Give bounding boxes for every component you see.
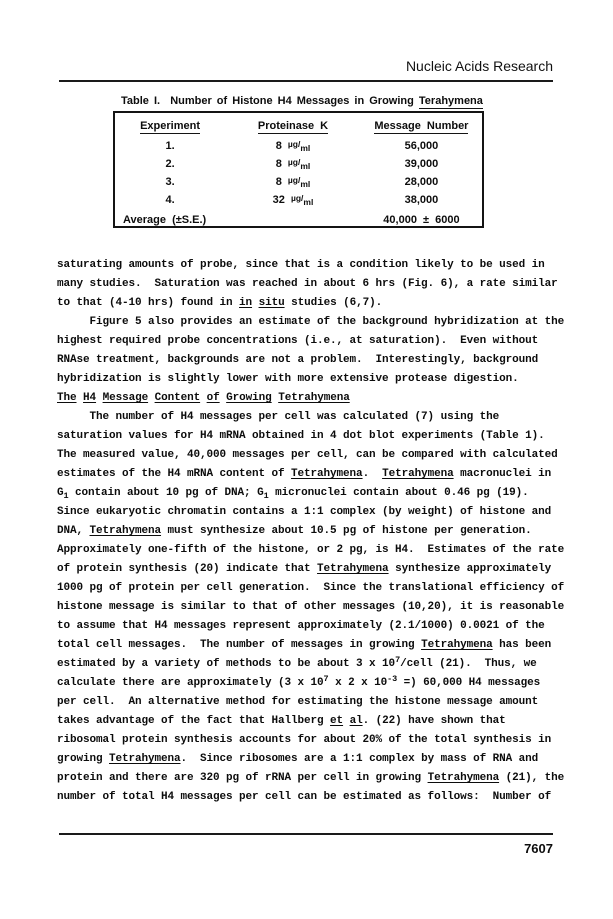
body-line: histone message is similar to that of ot… [57, 598, 564, 617]
text-run: saturating amounts of probe, since that … [57, 259, 545, 271]
header-cell: Experiment [115, 120, 225, 137]
table-rows: 1.8 µg/ml56,0002.8 µg/ml39,0003.8 µg/ml2… [115, 137, 482, 209]
body-line: per cell. An alternative method for esti… [57, 693, 564, 712]
body-line: to assume that H4 messages represent app… [57, 617, 564, 636]
underlined-text: et [330, 715, 343, 727]
body-line: number of total H4 messages per cell can… [57, 788, 564, 807]
average-value: 40,000 ± 6000 [361, 211, 482, 230]
text-run: estimated by a variety of methods to be … [57, 658, 395, 670]
cell-experiment: 4. [115, 191, 225, 209]
underlined-text: al [350, 715, 363, 727]
unit-denominator: ml [300, 179, 310, 189]
underlined-text: The [57, 392, 77, 404]
body-line: estimated by a variety of methods to be … [57, 655, 564, 674]
dose-value: 32 [273, 194, 291, 206]
cell-message-number: 39,000 [361, 155, 482, 173]
body-line: hybridization is slightly lower with mor… [57, 370, 564, 389]
article-body: saturating amounts of probe, since that … [57, 256, 564, 807]
text-run: G [57, 487, 64, 499]
text-run: RNAse treatment, backgrounds are not a p… [57, 354, 538, 366]
header-cell: Proteinase K [225, 120, 361, 137]
table-header-row: Experiment Proteinase K Message Number [115, 113, 482, 137]
text-run: takes advantage of the fact that Hallber… [57, 715, 330, 727]
body-line: growing Tetrahymena. Since ribosomes are… [57, 750, 564, 769]
body-line: The number of H4 messages per cell was c… [57, 408, 564, 427]
unit-numerator: µg/ [291, 193, 303, 203]
unit-denominator: ml [300, 143, 310, 153]
header-rule [59, 80, 553, 82]
column-header-proteinase-k: Proteinase K [258, 120, 328, 134]
superscript: 7 [324, 674, 329, 684]
text-run: protein and there are 320 pg of rRNA per… [57, 772, 428, 784]
body-line: Since eukaryotic chromatin contains a 1:… [57, 503, 564, 522]
column-header-experiment: Experiment [140, 120, 200, 134]
column-header-message-number: Message Number [374, 120, 468, 134]
dose-value: 8 [276, 158, 288, 170]
body-line: G1 contain about 10 pg of DNA; G1 micron… [57, 484, 564, 503]
table-row: 1.8 µg/ml56,000 [115, 137, 482, 155]
body-line: to that (4-10 hrs) found in in situ stud… [57, 294, 564, 313]
body-line: saturation values for H4 mRNA obtained i… [57, 427, 564, 446]
text-run: highest required probe concentrations (i… [57, 335, 538, 347]
dose-value: 8 [276, 140, 288, 152]
cell-proteinase-k: 32 µg/ml [225, 191, 361, 209]
text-run: . Since ribosomes are a 1:1 complex by m… [181, 753, 539, 765]
underlined-text: Tetrahymena [109, 753, 181, 765]
body-line: saturating amounts of probe, since that … [57, 256, 564, 275]
page-number: 7607 [524, 842, 553, 855]
histone-message-table: Experiment Proteinase K Message Number 1… [113, 111, 484, 228]
text-run: hybridization is slightly lower with mor… [57, 373, 519, 385]
body-line: 1000 pg of protein per cell generation. … [57, 579, 564, 598]
text-run: of protein synthesis (20) indicate that [57, 563, 317, 575]
cell-experiment: 2. [115, 155, 225, 173]
underlined-text: Tetrahymena [421, 639, 493, 651]
text-run: x 2 x 10 [329, 677, 388, 689]
table-footer-row: Average (±S.E.) 40,000 ± 6000 [115, 211, 482, 230]
table-title: Table I. Number of Histone H4 Messages i… [121, 95, 483, 108]
text-run: DNA, [57, 525, 90, 537]
text-run: growing [57, 753, 109, 765]
underlined-text: Tetrahymena [278, 392, 350, 404]
underlined-text: Tetrahymena [317, 563, 389, 575]
body-line: estimates of the H4 mRNA content of Tetr… [57, 465, 564, 484]
body-line: ribosomal protein synthesis accounts for… [57, 731, 564, 750]
text-run: to assume that H4 messages represent app… [57, 620, 545, 632]
paper-page: Nucleic Acids Research Table I. Number o… [0, 0, 613, 919]
cell-message-number: 28,000 [361, 173, 482, 191]
underlined-text: Tetrahymena [382, 468, 454, 480]
superscript: -3 [387, 674, 397, 684]
text-run: . (22) have shown that [363, 715, 506, 727]
text-run: ribosomal protein synthesis accounts for… [57, 734, 551, 746]
subscript: 1 [264, 491, 269, 501]
text-run: must synthesize about 10.5 pg of histone… [161, 525, 532, 537]
cell-proteinase-k: 8 µg/ml [225, 137, 361, 155]
text-run: per cell. An alternative method for esti… [57, 696, 538, 708]
body-line: The measured value, 40,000 messages per … [57, 446, 564, 465]
body-line: total cell messages. The number of messa… [57, 636, 564, 655]
underlined-text: situ [259, 297, 285, 309]
text-run: /cell (21). Thus, we [400, 658, 537, 670]
text-run: Approximately one-fifth of the histone, … [57, 544, 564, 556]
text-run: Since eukaryotic chromatin contains a 1:… [57, 506, 551, 518]
cell-experiment: 3. [115, 173, 225, 191]
text-run: saturation values for H4 mRNA obtained i… [57, 430, 545, 442]
underlined-text: H4 [83, 392, 96, 404]
text-run: histone message is similar to that of ot… [57, 601, 564, 613]
underlined-text: of [207, 392, 220, 404]
text-run: 1000 pg of protein per cell generation. … [57, 582, 564, 594]
underlined-text: in [239, 297, 252, 309]
unit-numerator: µg/ [288, 139, 300, 149]
dose-value: 8 [276, 176, 288, 188]
underlined-text: Message [103, 392, 149, 404]
underlined-text: Tetrahymena [428, 772, 500, 784]
underlined-text: Content [155, 392, 201, 404]
text-run: number of total H4 messages per cell can… [57, 791, 551, 803]
text-run: total cell messages. The number of messa… [57, 639, 421, 651]
underlined-text: Growing [226, 392, 272, 404]
body-line: many studies. Saturation was reached in … [57, 275, 564, 294]
footer-rule [59, 833, 553, 835]
superscript: 7 [395, 655, 400, 665]
body-line: The H4 Message Content of Growing Tetrah… [57, 389, 564, 408]
text-run: =) 60,000 H4 messages [397, 677, 540, 689]
text-run: has been [493, 639, 552, 651]
journal-title: Nucleic Acids Research [406, 59, 553, 73]
text-run: (21), the [499, 772, 564, 784]
body-line: Approximately one-fifth of the histone, … [57, 541, 564, 560]
table-row: 4.32 µg/ml38,000 [115, 191, 482, 209]
text-run: estimates of the H4 mRNA content of [57, 468, 291, 480]
text-run: studies (6,7). [285, 297, 383, 309]
table-row: 2.8 µg/ml39,000 [115, 155, 482, 173]
cell-experiment: 1. [115, 137, 225, 155]
text-run: calculate there are approximately (3 x 1… [57, 677, 324, 689]
unit-numerator: µg/ [288, 175, 300, 185]
text-run: The number of H4 messages per cell was c… [57, 411, 499, 423]
cell-message-number: 56,000 [361, 137, 482, 155]
cell-message-number: 38,000 [361, 191, 482, 209]
cell-proteinase-k: 8 µg/ml [225, 173, 361, 191]
text-run: . [363, 468, 383, 480]
unit-denominator: ml [303, 197, 313, 207]
header-cell: Message Number [361, 120, 482, 137]
body-line: calculate there are approximately (3 x 1… [57, 674, 564, 693]
body-line: Figure 5 also provides an estimate of th… [57, 313, 564, 332]
text-run: contain about 10 pg of DNA; G [69, 487, 264, 499]
text-run: The measured value, 40,000 messages per … [57, 449, 558, 461]
table-title-species: Terahymena [419, 95, 483, 109]
body-line: of protein synthesis (20) indicate that … [57, 560, 564, 579]
average-label: Average (±S.E.) [115, 211, 361, 230]
underlined-text: Tetrahymena [291, 468, 363, 480]
body-line: protein and there are 320 pg of rRNA per… [57, 769, 564, 788]
table-title-text: Table I. Number of Histone H4 Messages i… [121, 95, 419, 107]
text-run: micronuclei contain about 0.46 pg (19). [269, 487, 529, 499]
body-line: DNA, Tetrahymena must synthesize about 1… [57, 522, 564, 541]
body-line: RNAse treatment, backgrounds are not a p… [57, 351, 564, 370]
body-line: takes advantage of the fact that Hallber… [57, 712, 564, 731]
unit-numerator: µg/ [288, 157, 300, 167]
underlined-text: Tetrahymena [90, 525, 162, 537]
text-run: Figure 5 also provides an estimate of th… [57, 316, 564, 328]
text-run: macronuclei in [454, 468, 552, 480]
text-run: many studies. Saturation was reached in … [57, 278, 558, 290]
subscript: 1 [64, 491, 69, 501]
cell-proteinase-k: 8 µg/ml [225, 155, 361, 173]
unit-denominator: ml [300, 161, 310, 171]
table-row: 3.8 µg/ml28,000 [115, 173, 482, 191]
text-run: synthesize approximately [389, 563, 552, 575]
body-line: highest required probe concentrations (i… [57, 332, 564, 351]
text-run: to that (4-10 hrs) found in [57, 297, 239, 309]
